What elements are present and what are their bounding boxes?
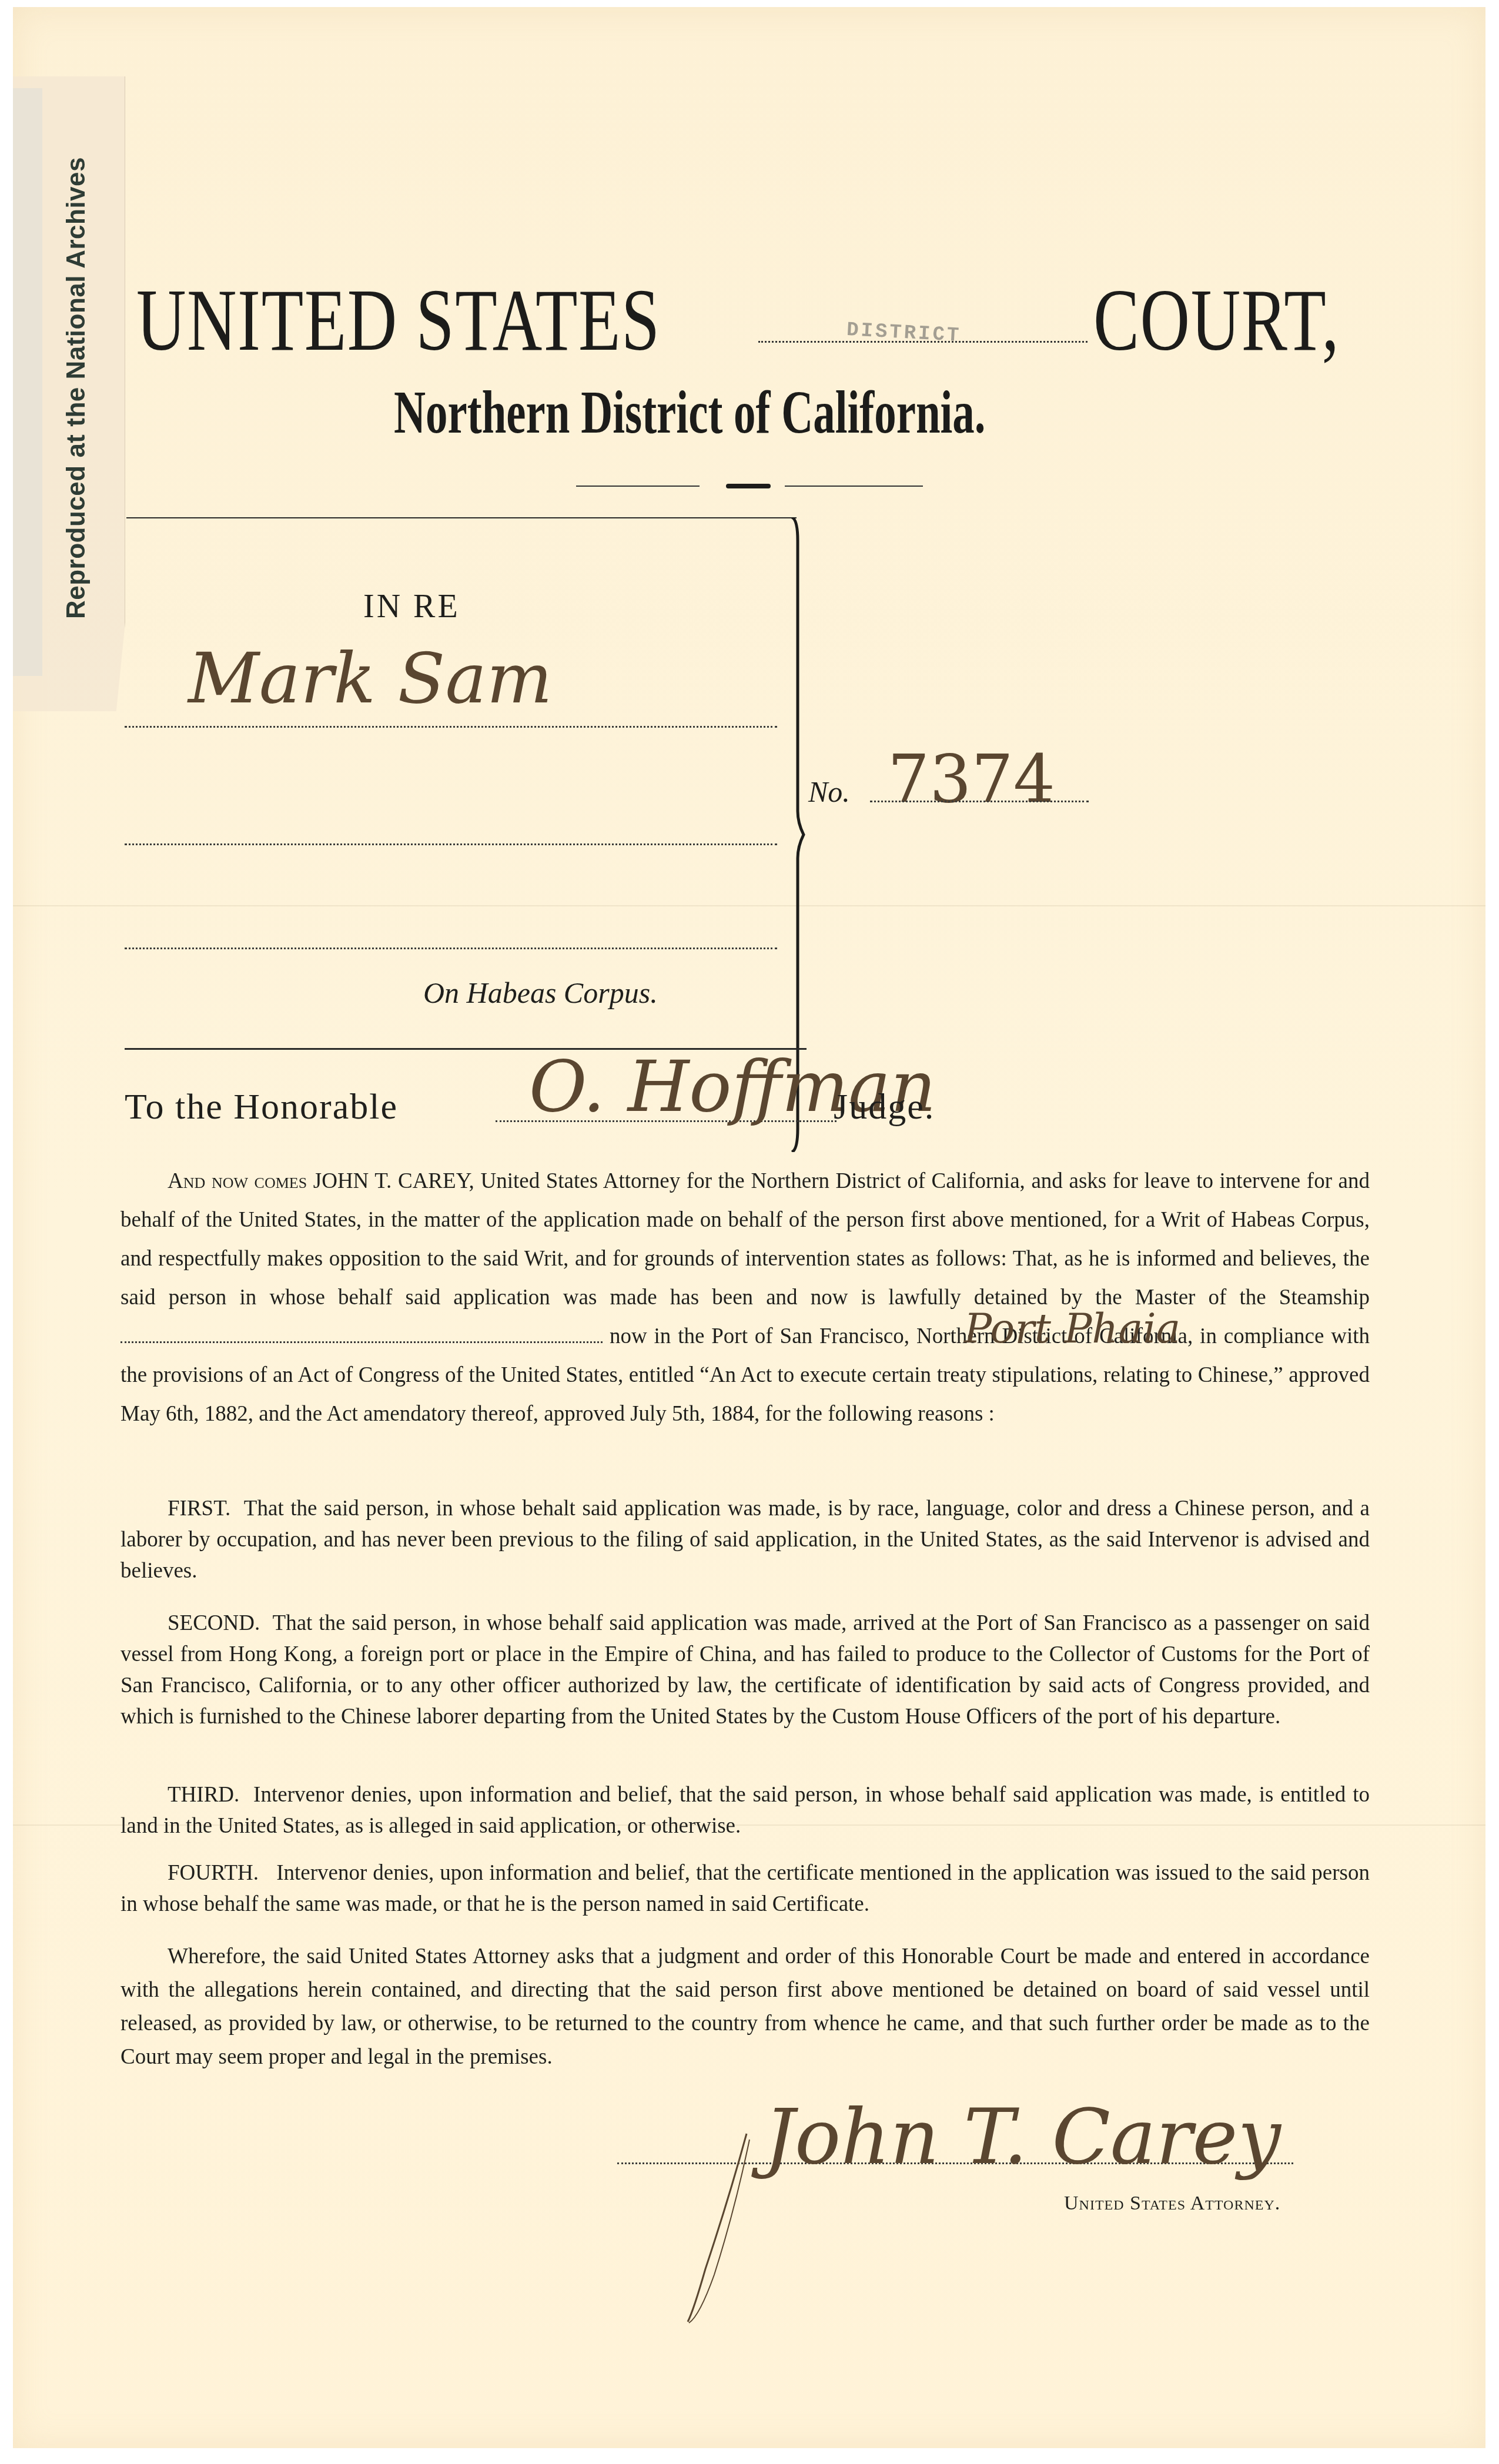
attorney-title: United States Attorney.	[1064, 2192, 1280, 2215]
reason-label: THIRD.	[168, 1783, 239, 1807]
petitioner-fill-line	[125, 726, 777, 728]
reason-text: Intervenor denies, upon information and …	[121, 1783, 1370, 1838]
paper-fold	[13, 905, 1485, 906]
reason-text: That the said person, in whose behalf sa…	[121, 1611, 1370, 1729]
reason-label: SECOND.	[168, 1611, 260, 1635]
archive-stamp-edge	[13, 88, 42, 676]
wherefore-paragraph: Wherefore, the said United States Attorn…	[121, 1940, 1370, 2074]
steamship-fill-line	[121, 1325, 603, 1343]
reason-text: Intervenor denies, upon information and …	[121, 1861, 1370, 1916]
attorney-signature: John T. Carey	[764, 2098, 1281, 2175]
reason-second: SECOND. That the said person, in whose b…	[121, 1608, 1370, 1732]
title-united-states: UNITED STATES	[136, 276, 661, 364]
title-court: COURT,	[1093, 276, 1340, 364]
ornament-rule-right	[785, 486, 923, 487]
ornament-center	[726, 484, 771, 488]
in-re-label: IN RE	[363, 588, 460, 625]
petitioner-fill-line-3	[125, 948, 777, 949]
petitioner-name: Mark Sam	[188, 644, 553, 713]
signature-flourish	[682, 2128, 752, 2328]
reason-label: FOURTH.	[168, 1861, 259, 1885]
reason-third: THIRD. Intervenor denies, upon informati…	[121, 1779, 1370, 1842]
intro-lead: And now comes	[168, 1169, 307, 1193]
case-number-fill-line	[870, 801, 1089, 802]
reason-fourth: FOURTH. Intervenor denies, upon informat…	[121, 1857, 1370, 1920]
ornament-rule-left	[576, 486, 700, 487]
court-subtitle: Northern District of California.	[394, 382, 985, 443]
archive-label: Reproduced at the National Archives	[62, 157, 91, 619]
proceeding-label: On Habeas Corpus.	[423, 976, 658, 1010]
reason-first: FIRST. That the said person, in whose be…	[121, 1493, 1370, 1586]
address-suffix: Judge.	[834, 1086, 935, 1128]
steamship-name: Port Phaia	[964, 1308, 1180, 1349]
wherefore-text: Wherefore, the said United States Attorn…	[121, 1944, 1370, 2069]
petitioner-fill-line-2	[125, 843, 777, 845]
reason-text: That the said person, in whose behalt sa…	[121, 1497, 1370, 1583]
case-box-top-rule	[126, 517, 797, 518]
intro-paragraph: And now comes JOHN T. CAREY, United Stat…	[121, 1162, 1370, 1434]
intro-text-1: JOHN T. CAREY, United States Attorney fo…	[121, 1169, 1370, 1310]
reason-label: FIRST.	[168, 1497, 230, 1521]
case-number-label: No.	[808, 775, 850, 809]
address-prefix: To the Honorable	[125, 1086, 398, 1128]
case-number: 7374	[888, 746, 1055, 812]
